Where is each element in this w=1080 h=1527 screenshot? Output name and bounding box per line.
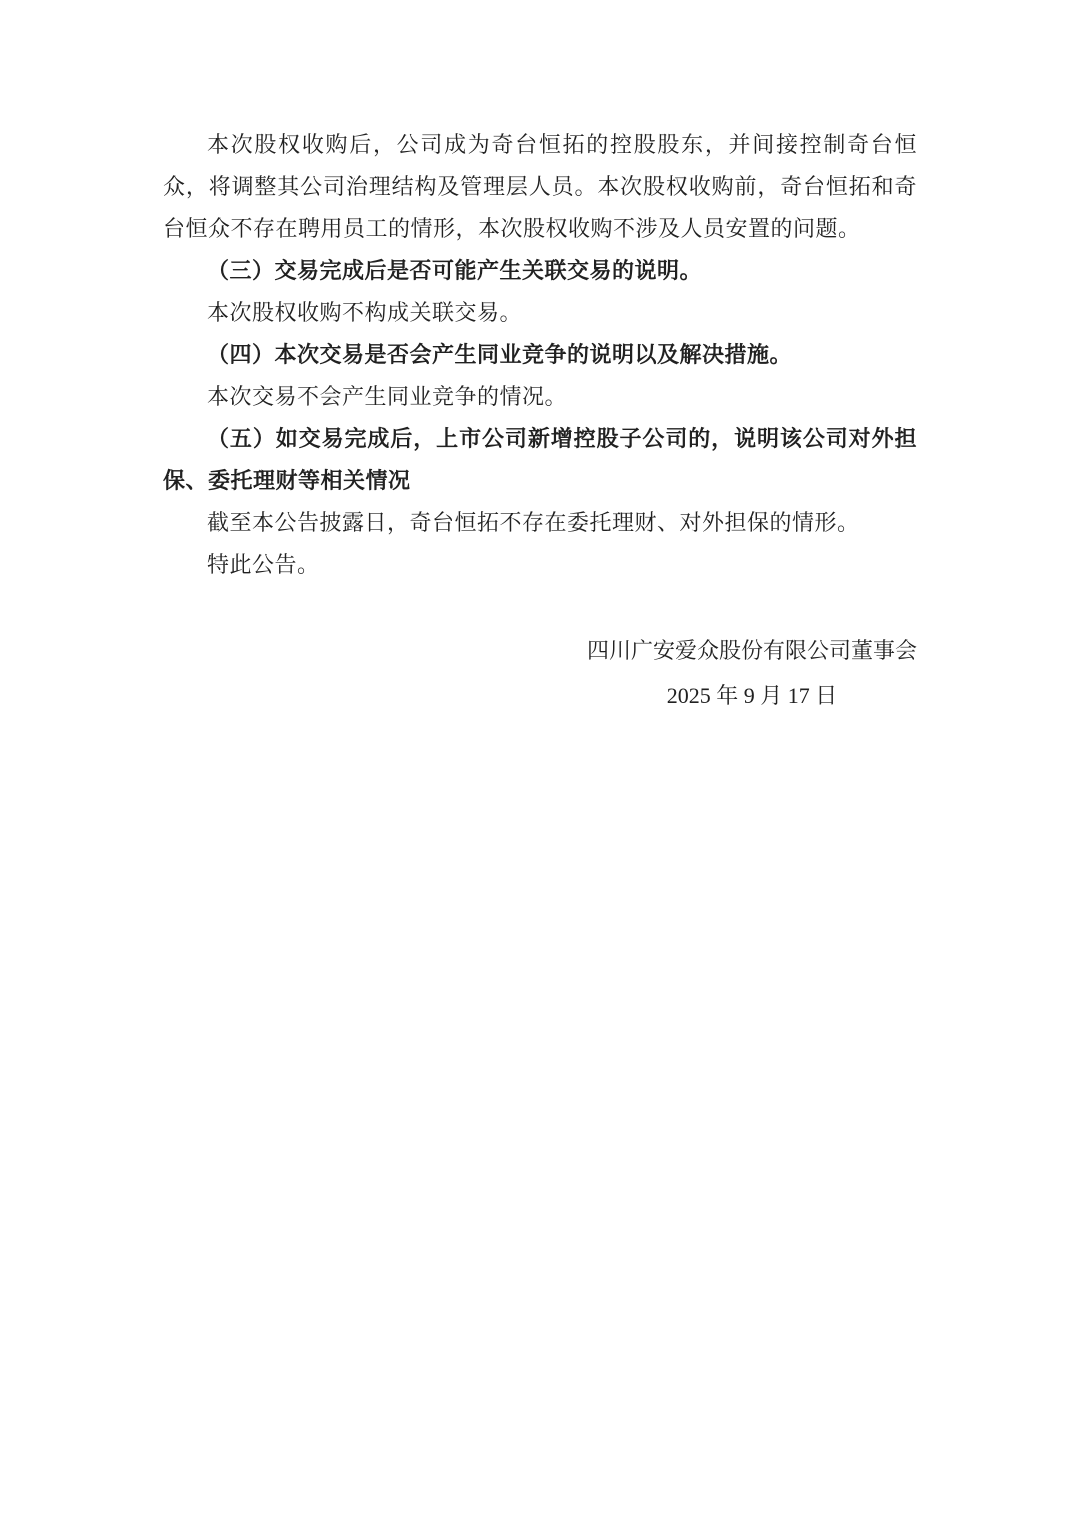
document-page: 本次股权收购后，公司成为奇台恒拓的控股股东，并间接控制奇台恒众，将调整其公司治理…	[0, 0, 1080, 1527]
heading-section-5-guarantees-entrusted-wealth: （五）如交易完成后，上市公司新增控股子公司的，说明该公司对外担保、委托理财等相关…	[163, 418, 917, 502]
paragraph-no-guarantees-or-entrusted-wealth: 截至本公告披露日，奇台恒拓不存在委托理财、对外担保的情形。	[163, 502, 917, 544]
announcement-body: 本次股权收购后，公司成为奇台恒拓的控股股东，并间接控制奇台恒众，将调整其公司治理…	[163, 124, 917, 718]
paragraph-equity-acquisition-control: 本次股权收购后，公司成为奇台恒拓的控股股东，并间接控制奇台恒众，将调整其公司治理…	[163, 124, 917, 250]
paragraph-hereby-announced: 特此公告。	[163, 544, 917, 586]
paragraph-no-industry-competition: 本次交易不会产生同业竞争的情况。	[163, 376, 917, 418]
signature-company-board: 四川广安爱众股份有限公司董事会	[587, 628, 917, 673]
heading-section-4-industry-competition: （四）本次交易是否会产生同业竞争的说明以及解决措施。	[163, 334, 917, 376]
heading-section-3-related-party-transactions: （三）交易完成后是否可能产生关联交易的说明。	[163, 250, 917, 292]
signature-date: 2025 年 9 月 17 日	[587, 673, 917, 718]
paragraph-no-related-party-transactions: 本次股权收购不构成关联交易。	[163, 292, 917, 334]
signature-block: 四川广安爱众股份有限公司董事会 2025 年 9 月 17 日	[587, 628, 917, 718]
